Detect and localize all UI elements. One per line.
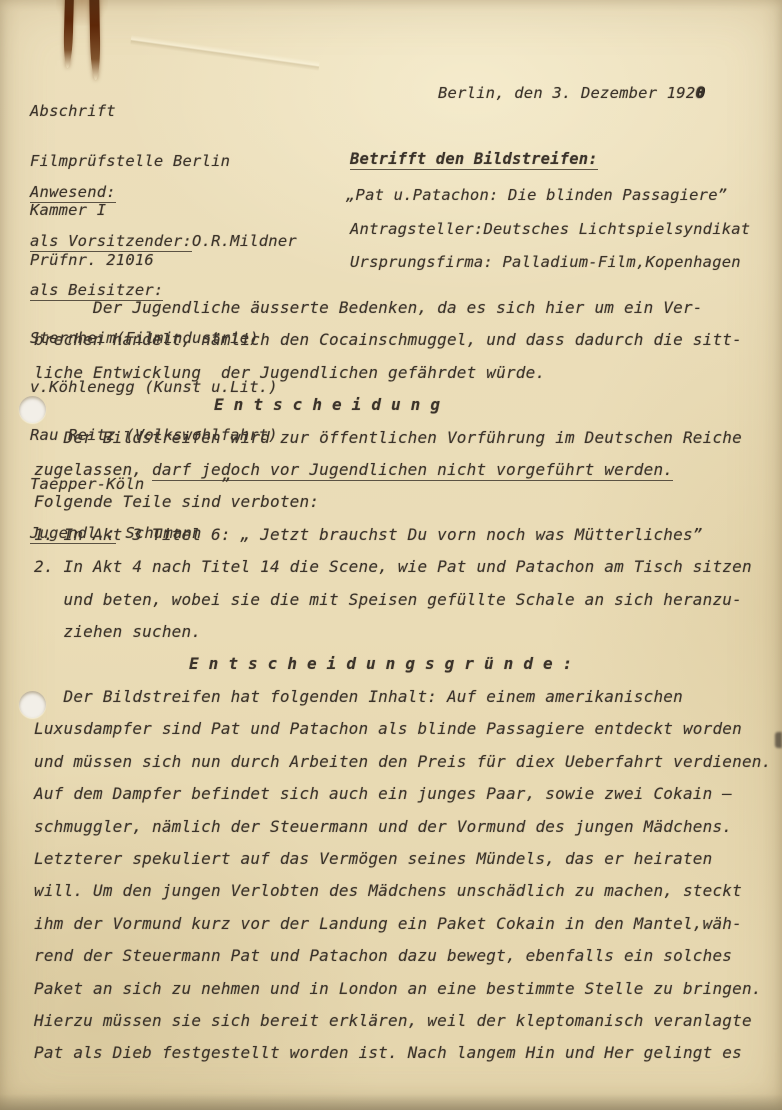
- body-line: Folgende Teile sind verboten:: [34, 486, 782, 518]
- document-page: Abschrift Filmprüfstelle Berlin Kammer I…: [0, 0, 782, 1110]
- paperclip-rust-stain-left: [63, 0, 74, 68]
- body-line: will. Um den jungen Verlobten des Mädche…: [34, 875, 782, 907]
- body-line: liche Entwicklung der Jugendlichen gefäh…: [34, 357, 782, 389]
- dateline-overstruck-digit: 0: [695, 84, 705, 102]
- dateline-text: Berlin, den 3. Dezember 192: [438, 84, 695, 102]
- chairman-row: als Vorsitzender:O.R.Mildner: [30, 233, 297, 249]
- body-line: Auf dem Dampfer befindet sich auch ein j…: [34, 778, 782, 810]
- body-line: brechen handelt, nämlich den Cocainschmu…: [34, 324, 782, 356]
- chairman-name: O.R.Mildner: [192, 232, 297, 250]
- body-line: rend der Steuermann Pat und Patachon daz…: [34, 940, 782, 972]
- forbidden-item-continuation: und beten, wobei sie die mit Speisen gef…: [34, 584, 782, 616]
- decision-underlined-text: darf jedoch vor Jugendlichen nicht vorge…: [152, 460, 673, 481]
- forbidden-item-continuation: ziehen suchen.: [34, 616, 782, 648]
- reasons-heading: E n t s c h e i d u n g s g r ü n d e :: [34, 648, 782, 680]
- copy-label: Abschrift: [30, 103, 230, 120]
- bottom-scan-shadow: [0, 1094, 782, 1110]
- body-line: Letzterer spekuliert auf das Vermögen se…: [34, 843, 782, 875]
- dateline: Berlin, den 3. Dezember 1920: [438, 84, 705, 102]
- decision-plain-text: zugelassen,: [34, 460, 152, 479]
- body-line: Der Jugendliche äusserte Bedenken, da es…: [34, 292, 782, 324]
- body-line: ihm der Vormund kurz vor der Landung ein…: [34, 908, 782, 940]
- body-line: zugelassen, darf jedoch vor Jugendlichen…: [34, 454, 782, 486]
- paperclip-rust-stain-right: [89, 0, 100, 80]
- paper-crease: [130, 35, 320, 71]
- decision-heading: E n t s c h e i d u n g: [34, 389, 782, 421]
- document-body: Der Jugendliche äusserte Bedenken, da es…: [34, 292, 782, 1070]
- forbidden-item: 1. In Akt 3 Titel 6: „ Jetzt brauchst Du…: [34, 519, 782, 551]
- body-line: und müssen sich nun durch Arbeiten den P…: [34, 746, 782, 778]
- forbidden-item: 2. In Akt 4 nach Titel 14 die Scene, wie…: [34, 551, 782, 583]
- applicant-line: Antragsteller:Deutsches Lichtspielsyndik…: [350, 220, 750, 238]
- body-line: Luxusdampfer sind Pat und Patachon als b…: [34, 713, 782, 745]
- body-line: schmuggler, nämlich der Steuermann und d…: [34, 811, 782, 843]
- film-title: „Pat u.Patachon: Die blinden Passagiere”: [346, 186, 727, 204]
- chairman-label: als Vorsitzender:: [30, 232, 192, 252]
- body-line: Der Bildstreifen wird zur öffentlichen V…: [34, 422, 782, 454]
- attendees-heading: Anwesend:: [30, 184, 297, 200]
- body-line: Paket an sich zu nehmen und in London an…: [34, 973, 782, 1005]
- origin-company-line: Ursprungsfirma: Palladium-Film,Kopenhage…: [350, 253, 741, 271]
- body-line: Der Bildstreifen hat folgenden Inhalt: A…: [34, 681, 782, 713]
- subject-label: Betrifft den Bildstreifen:: [350, 150, 598, 168]
- body-line: Pat als Dieb festgestellt worden ist. Na…: [34, 1037, 782, 1069]
- body-line: Hierzu müssen sie sich bereit erklären, …: [34, 1005, 782, 1037]
